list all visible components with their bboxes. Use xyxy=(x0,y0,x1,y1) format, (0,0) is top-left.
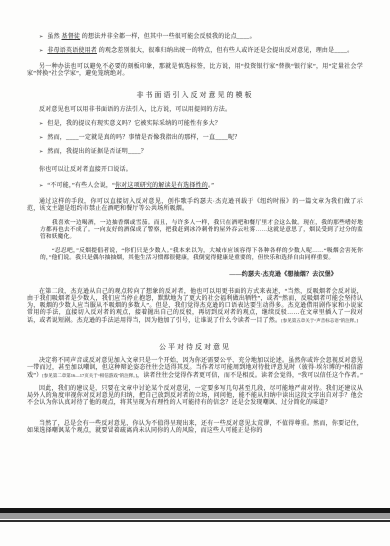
template-bullet-direct-speech: ➢“不可能，”有些人会说，“你对这项研究的解读是有选择性的。” xyxy=(27,183,363,190)
template-bullet-question-3: ➢然而，我提出的证据是否证明____？ xyxy=(27,149,363,156)
section-heading-fair-treatment: 公平对待反对意见 xyxy=(27,343,363,352)
template-text: 。” xyxy=(208,183,214,189)
arrow-bullet-icon: ➢ xyxy=(39,121,43,128)
paragraph-label-advice: 另一种办法也可以避免不必要的刻板印象，那就是慎选标签，比方说，用“投资银行家”替… xyxy=(27,64,363,78)
paragraph-speak-intro: 你也可以让反对者直接开口说话。 xyxy=(27,167,363,174)
arrow-bullet-icon: ➢ xyxy=(39,149,43,156)
fair-text: ，读者往往会觉得作者更可信，而不是相反。读者会觉得，“我可以信任这个作者。” xyxy=(137,373,363,379)
template-underlined-text: 非母语英语使用者 xyxy=(47,48,97,54)
footnote-reference: [参见第五章关于“声音标志语”的注释。] xyxy=(281,318,358,323)
arrow-bullet-icon: ➢ xyxy=(39,48,43,55)
template-bullet-question-2: ➢然而，____一定就是真的吗？事情是否像我指出的那样，一直____呢？ xyxy=(27,135,363,142)
template-text: “不可能，”有些人会说，“ xyxy=(47,183,115,189)
arrow-bullet-icon: ➢ xyxy=(39,34,43,41)
scan-band-thin-stripe xyxy=(0,520,390,522)
scan-edge-band xyxy=(0,508,390,522)
footnote-reference: [参见第二章第16—17页关于“相信游戏”的注释。] xyxy=(42,373,137,378)
paragraph-fair-2: 因此，我们的建议是，只要在文章中讨论某个反对意见，一定要多写几句甚至几段，尽可能… xyxy=(27,386,363,407)
excerpt-paragraph-1: 我喜欢一边喝酒，一边抽香烟或雪茄。而且，与许多人一样，我只在酒吧和餐厅里才会这么… xyxy=(40,220,363,241)
template-bullet-naysayer-1: ➢虽然 基督徒 的想法并非全都一样，但其中一些很可能会反驳我的论点____。 xyxy=(27,34,363,41)
template-bullet-question-1: ➢但是，我的提议有现实意义吗？它被实际采纳的可能性有多大？ xyxy=(27,121,363,128)
section-heading-informal-templates: 非书面语引入反对意见的模板 xyxy=(27,91,363,100)
paragraph-analysis: 在第二段，杰克逊从自己的观点转向了想象的反对者，他也可以用更书面的方式来表述，“… xyxy=(27,289,363,325)
template-text: 的观念差别很大，很难归纳出统一的特点，但有些人或许还是会提出反对意见，理由是__… xyxy=(97,48,353,54)
arrow-bullet-icon: ➢ xyxy=(39,183,43,190)
paragraph-informal-intro: 反对意见也可以用非书面语的方法引入，比方说，可以用提问的方法。 xyxy=(27,107,363,114)
scanned-document-page: ➢虽然 基督徒 的想法并非全都一样，但其中一些很可能会反驳我的论点____。 ➢… xyxy=(0,0,390,546)
template-bullet-naysayer-2: ➢非母语英语使用者 的观念差别很大，很难归纳出统一的特点，但有些人或许还是会提出… xyxy=(27,48,363,55)
excerpt-paragraph-2: “忍忍吧，”反烟提倡者说，“你们只是少数人。”我本来以为，大城市应该容得下各种各… xyxy=(40,248,363,262)
template-text: 然而，____一定就是真的吗？事情是否像我指出的那样，一直____呢？ xyxy=(47,135,240,141)
template-underlined-text: 基督徒 xyxy=(62,34,81,40)
template-text: 但是，我的提议有现实意义吗？它被实际采纳的可能性有多大？ xyxy=(47,121,221,127)
scan-band-gray-stripe xyxy=(0,513,390,519)
excerpt-attribution: ——约瑟夫·杰克逊《想抽烟？去汉堡》 xyxy=(27,272,363,279)
template-text: 然而，我提出的证据是否证明____？ xyxy=(47,149,147,155)
page-content: ➢虽然 基督徒 的想法并非全都一样，但其中一些很可能会反驳我的论点____。 ➢… xyxy=(27,0,363,435)
paragraph-fair-1: 决定将不同声音或反对意见加入文章只是一个开始，因为你还需要公平、充分地加以论述。… xyxy=(27,358,363,380)
paragraph-jackson-intro: 通过这样的手段，你可以直接切入反对意见，创作歌手约瑟夫·杰克逊刊载于《纽约时报》… xyxy=(27,199,363,213)
arrow-bullet-icon: ➢ xyxy=(39,135,43,142)
paragraph-fair-3: 当然了，总是会有一些反对意见，你认为不值得呈现出来，还有一些反对意见太荒谬，不值… xyxy=(27,421,363,435)
template-text: 虽然 xyxy=(47,34,61,40)
template-underlined-text: 你对这项研究的解读是有选择性的 xyxy=(115,183,208,189)
template-text: 的想法并非全都一样，但其中一些很可能会反驳我的论点____。 xyxy=(80,34,256,40)
